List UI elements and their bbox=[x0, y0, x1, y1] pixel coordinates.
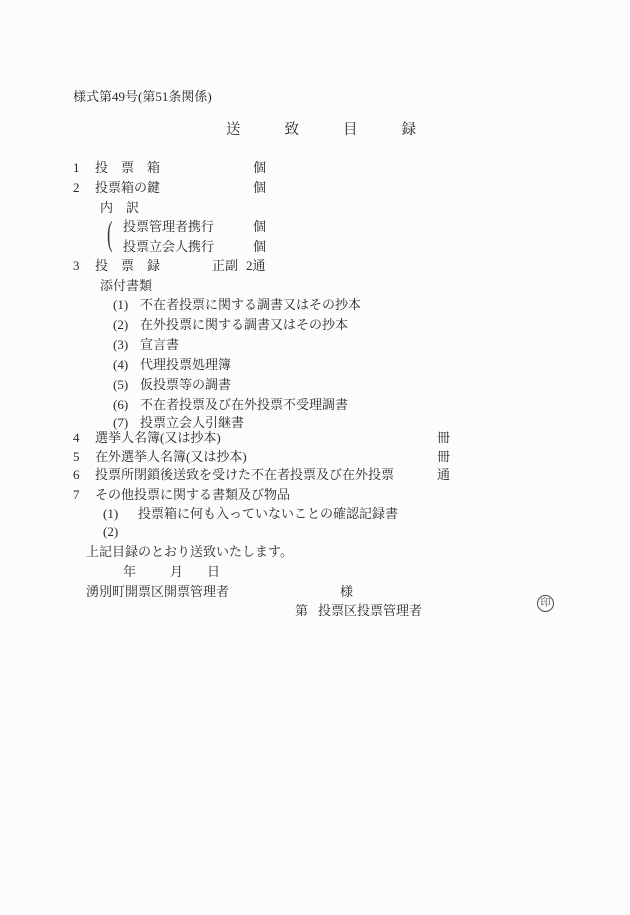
honorific: 様 bbox=[340, 583, 353, 600]
item-3-row: 3 投 票 録 正副 2通 bbox=[0, 257, 630, 277]
breakdown-item-unit: 個 bbox=[253, 218, 266, 235]
attachment-label: 宣言書 bbox=[140, 336, 179, 353]
sub-item-number: (1) bbox=[103, 505, 118, 522]
item-unit: 個 bbox=[253, 159, 266, 176]
closing-statement: 上記目録のとおり送致いたします。 bbox=[86, 543, 293, 560]
item-1-row: 1 投 票 箱 個 bbox=[0, 159, 630, 179]
attachments-heading: 添付書類 bbox=[100, 277, 152, 294]
breakdown-item-label: 投票立会人携行 bbox=[123, 238, 214, 255]
copies-label: 正副 bbox=[212, 257, 238, 274]
item-unit: 冊 bbox=[437, 429, 450, 446]
item-7-sub-row: (2) bbox=[0, 523, 630, 543]
item-number: 7 bbox=[73, 486, 80, 503]
item-unit: 冊 bbox=[437, 448, 450, 465]
item-number: 1 bbox=[73, 159, 80, 176]
attachment-number: (2) bbox=[113, 316, 128, 333]
breakdown-row: 投票管理者携行 個 bbox=[0, 218, 630, 238]
sub-item-number: (2) bbox=[103, 523, 118, 540]
item-number: 6 bbox=[73, 466, 80, 483]
day-label: 日 bbox=[207, 563, 220, 580]
form-number: 様式第49号(第51条関係) bbox=[73, 86, 212, 105]
item-label: 選挙人名簿(又は抄本) bbox=[95, 429, 221, 446]
item-label: その他投票に関する書類及び物品 bbox=[95, 486, 290, 503]
breakdown-item-unit: 個 bbox=[253, 238, 266, 255]
month-label: 月 bbox=[170, 563, 183, 580]
sender-row: 第 投票区投票管理者 bbox=[0, 602, 630, 622]
breakdown-label: 内 訳 bbox=[100, 199, 139, 216]
copies-value: 2通 bbox=[246, 257, 266, 274]
item-7-row: 7 その他投票に関する書類及び物品 bbox=[0, 486, 630, 506]
item-label: 投 票 箱 bbox=[95, 159, 160, 176]
attachment-row: (2) 在外投票に関する調書又はその抄本 bbox=[0, 316, 630, 336]
attachment-number: (1) bbox=[113, 296, 128, 313]
attachment-row: (6) 不在者投票及び在外投票不受理調書 bbox=[0, 396, 630, 416]
item-unit: 個 bbox=[253, 179, 266, 196]
item-4-row: 4 選挙人名簿(又は抄本) 冊 bbox=[0, 429, 630, 449]
document-title: 送致目録 bbox=[226, 118, 460, 139]
item-number: 2 bbox=[73, 179, 80, 196]
attachment-label: 代理投票処理簿 bbox=[140, 356, 231, 373]
attachment-row: (1) 不在者投票に関する調書又はその抄本 bbox=[0, 296, 630, 316]
attachment-row: (3) 宣言書 bbox=[0, 336, 630, 356]
attachment-number: (6) bbox=[113, 396, 128, 413]
sender-title: 投票区投票管理者 bbox=[318, 602, 422, 619]
attachment-row: (4) 代理投票処理簿 bbox=[0, 356, 630, 376]
seal-icon: 印 bbox=[537, 595, 554, 612]
attachment-label: 仮投票等の調書 bbox=[140, 376, 231, 393]
breakdown-row: 投票立会人携行 個 bbox=[0, 238, 630, 258]
closing-row: 上記目録のとおり送致いたします。 bbox=[0, 543, 630, 563]
item-label: 在外選挙人名簿(又は抄本) bbox=[95, 448, 247, 465]
attachment-label: 不在者投票に関する調書又はその抄本 bbox=[140, 296, 361, 313]
seal-text: 印 bbox=[541, 598, 551, 609]
item-label: 投票所閉鎖後送致を受けた不在者投票及び在外投票 bbox=[95, 466, 394, 483]
breakdown-heading-row: 内 訳 bbox=[0, 199, 630, 219]
item-2-row: 2 投票箱の鍵 個 bbox=[0, 179, 630, 199]
item-unit: 通 bbox=[437, 466, 450, 483]
item-number: 4 bbox=[73, 429, 80, 446]
attachment-label: 在外投票に関する調書又はその抄本 bbox=[140, 316, 348, 333]
breakdown-item-label: 投票管理者携行 bbox=[123, 218, 214, 235]
sub-item-label: 投票箱に何も入っていないことの確認記録書 bbox=[138, 505, 398, 522]
attachment-row: (5) 仮投票等の調書 bbox=[0, 376, 630, 396]
item-5-row: 5 在外選挙人名簿(又は抄本) 冊 bbox=[0, 448, 630, 468]
sender-prefix: 第 bbox=[295, 602, 308, 619]
attachment-number: (5) bbox=[113, 376, 128, 393]
addressee-row: 湧別町開票区開票管理者 様 bbox=[0, 583, 630, 603]
item-label: 投票箱の鍵 bbox=[95, 179, 160, 196]
date-row: 年 月 日 bbox=[0, 563, 630, 583]
attachments-heading-row: 添付書類 bbox=[0, 277, 630, 297]
addressee: 湧別町開票区開票管理者 bbox=[86, 583, 229, 600]
attachment-number: (4) bbox=[113, 356, 128, 373]
item-7-sub-row: (1) 投票箱に何も入っていないことの確認記録書 bbox=[0, 505, 630, 525]
document-page: 様式第49号(第51条関係) 送致目録 1 投 票 箱 個 2 投票箱の鍵 個 … bbox=[0, 0, 630, 915]
year-label: 年 bbox=[123, 563, 136, 580]
attachment-label: 不在者投票及び在外投票不受理調書 bbox=[140, 396, 348, 413]
attachment-number: (3) bbox=[113, 336, 128, 353]
item-6-row: 6 投票所閉鎖後送致を受けた不在者投票及び在外投票 通 bbox=[0, 466, 630, 486]
item-number: 5 bbox=[73, 448, 80, 465]
item-number: 3 bbox=[73, 257, 80, 274]
item-label: 投 票 録 bbox=[95, 257, 160, 274]
